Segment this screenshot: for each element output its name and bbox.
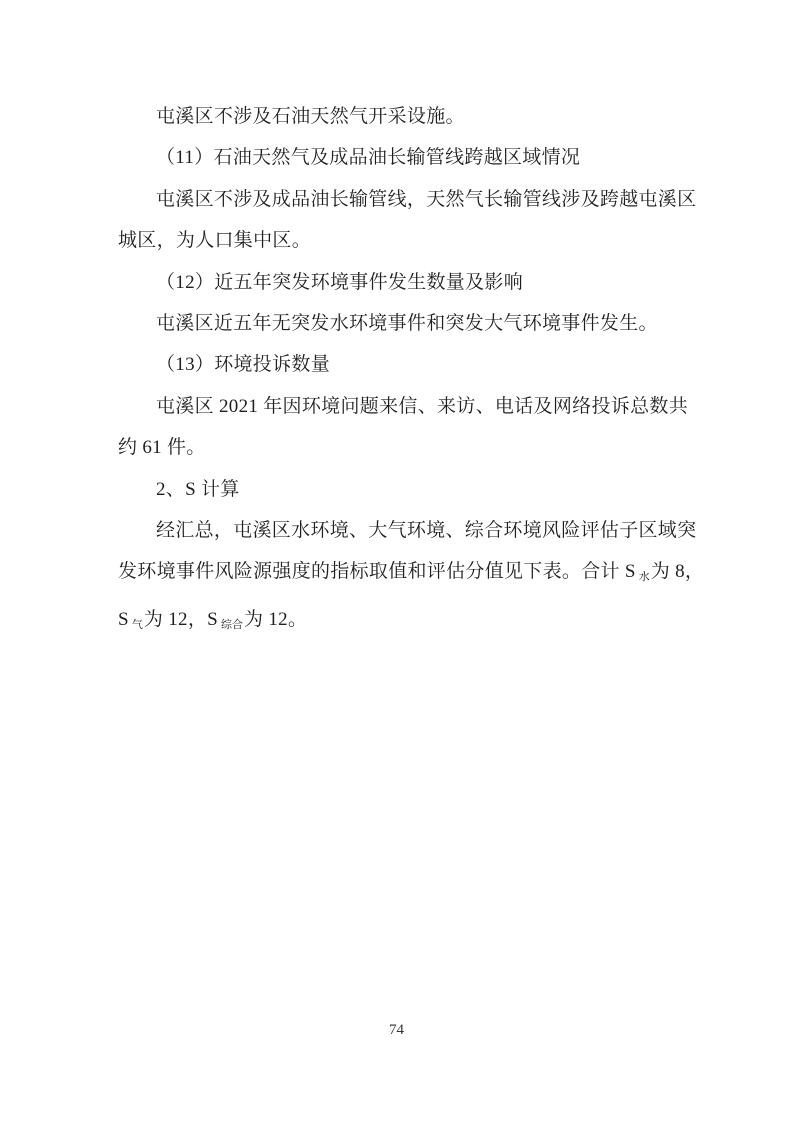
text-line: 屯溪区不涉及石油天然气开采设施。 xyxy=(118,96,688,137)
text-segment: 为 12。 xyxy=(244,609,307,630)
text-segment: 发环境事件风险源强度的指标取值和评估分值见下表。合计 S xyxy=(118,561,636,582)
text-line: 2、S 计算 xyxy=(118,469,688,510)
text-segment: 为 12，S xyxy=(144,609,218,630)
text-line: 屯溪区近五年无突发水环境事件和突发大气环境事件发生。 xyxy=(118,303,688,344)
text-line: 发环境事件风险源强度的指标取值和评估分值见下表。合计 S水为 8， xyxy=(118,551,688,598)
subscript: 综合 xyxy=(221,619,243,631)
text-line: S气为 12，S综合为 12。 xyxy=(118,599,688,646)
text-line: （12）近五年突发环境事件发生数量及影响 xyxy=(118,262,688,303)
page-number: 74 xyxy=(0,1022,793,1039)
text-line: （13）环境投诉数量 xyxy=(118,344,688,385)
text-line: 城区，为人口集中区。 xyxy=(118,220,688,261)
text-line: （11）石油天然气及成品油长输管线跨越区域情况 xyxy=(118,137,688,178)
document-page: 屯溪区不涉及石油天然气开采设施。 （11）石油天然气及成品油长输管线跨越区域情况… xyxy=(0,0,793,1122)
text-line: 约 61 件。 xyxy=(118,427,688,468)
text-line: 经汇总，屯溪区水环境、大气环境、综合环境风险评估子区域突 xyxy=(118,510,688,551)
text-line: 屯溪区不涉及成品油长输管线，天然气长输管线涉及跨越屯溪区 xyxy=(118,179,688,220)
text-segment: S xyxy=(118,609,129,630)
subscript: 水 xyxy=(639,571,650,583)
text-segment: 为 8， xyxy=(651,561,704,582)
page-body: 屯溪区不涉及石油天然气开采设施。 （11）石油天然气及成品油长输管线跨越区域情况… xyxy=(118,96,688,646)
subscript: 气 xyxy=(132,619,143,631)
text-line: 屯溪区 2021 年因环境问题来信、来访、电话及网络投诉总数共 xyxy=(118,386,688,427)
